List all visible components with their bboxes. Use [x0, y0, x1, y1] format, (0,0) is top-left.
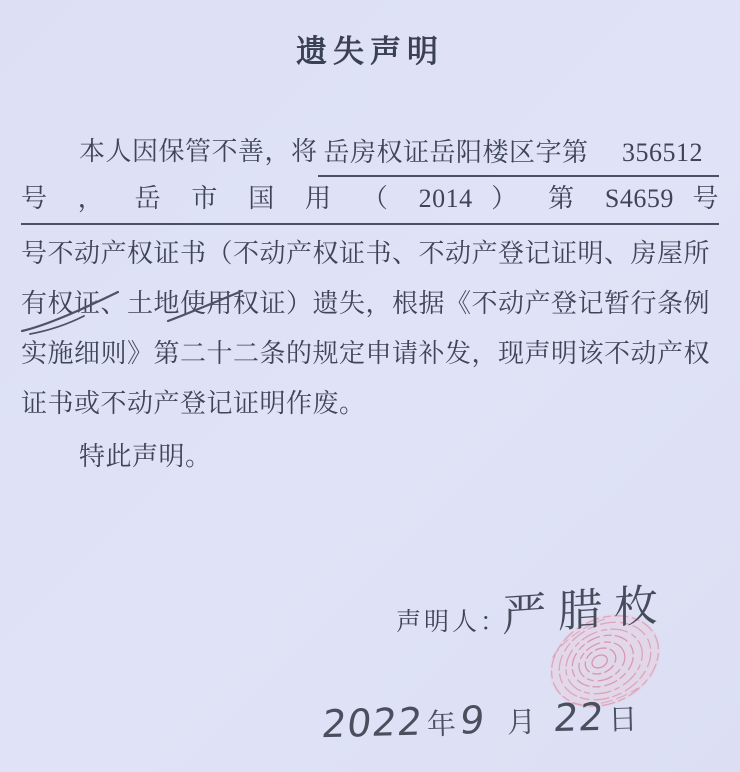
date-day-unit: 日 — [608, 697, 638, 739]
body-line-6: 证书或不动产登记证明作废。 — [21, 379, 719, 429]
document-title: 遗失声明 — [0, 0, 740, 71]
body-line-1: 本人因保管不善，将 岳房权证岳阳楼区字第 356512 — [21, 127, 719, 177]
handwritten-signature: 严腊枚 — [502, 568, 670, 644]
document-body: 本人因保管不善，将 岳房权证岳阳楼区字第 356512 号 ， 岳 市 国 用 … — [21, 127, 719, 482]
body-line-4: 有权证、土地使用权证）遗失，根据《不动产登记暂行条例 — [21, 279, 719, 329]
date-month-unit: 月 — [506, 700, 536, 742]
declarant-label: 声明人： — [396, 602, 508, 638]
date-day-value: 22 — [551, 695, 606, 740]
line1-fill-in-blank: 岳房权证岳阳楼区字第 356512 — [318, 131, 719, 177]
closing-statement: 特此声明。 — [21, 432, 719, 482]
date-month-value: 9 — [457, 698, 487, 743]
body-line-3: 号不动产权证书（不动产权证书、不动产登记证明、房屋所 — [21, 229, 719, 279]
declaration-document: 遗失声明 本人因保管不善，将 岳房权证岳阳楼区字第 356512 号 ， 岳 市… — [0, 0, 740, 772]
body-line-2-fill-in-blank: 号 ， 岳 市 国 用 （ 2014 ） 第 S4659 号 — [21, 177, 719, 225]
line1-prefix-text: 本人因保管不善，将 — [79, 127, 318, 177]
date-year-value: 2022 — [320, 699, 426, 746]
handwritten-date: 2022 年 9 月 22 日 — [321, 694, 641, 746]
body-line-5: 实施细则》第二十二条的规定申请补发，现声明该不动产权 — [21, 329, 719, 379]
date-year-unit: 年 — [426, 702, 456, 744]
